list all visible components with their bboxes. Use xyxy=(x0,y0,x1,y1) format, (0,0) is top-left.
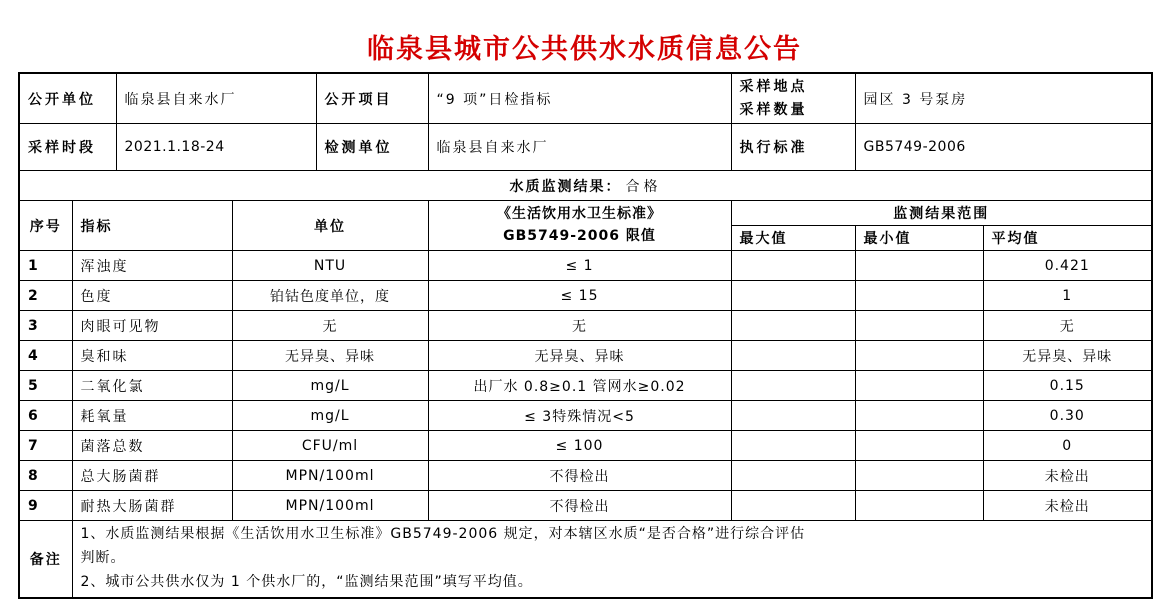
limit-cell: ≤ 15 xyxy=(428,281,731,311)
row-no-cell: 8 xyxy=(19,461,72,491)
col-header-unit: 单位 xyxy=(232,201,428,251)
avg-cell: 无异臭、异味 xyxy=(983,341,1152,371)
publish-unit-value: 临泉县自来水厂 xyxy=(116,73,316,123)
indicator-cell: 菌落总数 xyxy=(72,431,232,461)
table-row: 5 二氧化氯 mg/L 出厂水 0.8≥0.1 管网水≥0.02 0.15 xyxy=(19,371,1152,401)
unit-cell: MPN/100ml xyxy=(232,491,428,521)
max-cell xyxy=(731,431,855,461)
page-title: 临泉县城市公共供水水质信息公告 xyxy=(0,34,1169,66)
max-cell xyxy=(731,491,855,521)
min-cell xyxy=(855,371,983,401)
row-no-cell: 4 xyxy=(19,341,72,371)
indicator-cell: 二氧化氯 xyxy=(72,371,232,401)
table-row: 1 浑浊度 NTU ≤ 1 0.421 xyxy=(19,251,1152,281)
row-no-cell: 9 xyxy=(19,491,72,521)
min-cell xyxy=(855,431,983,461)
avg-cell: 无 xyxy=(983,311,1152,341)
row-no-cell: 3 xyxy=(19,311,72,341)
sampling-period-value: 2021.1.18-24 xyxy=(116,124,316,171)
testing-unit-value: 临泉县自来水厂 xyxy=(428,124,731,171)
table-row: 4 臭和味 无异臭、异味 无异臭、异味 无异臭、异味 xyxy=(19,341,1152,371)
monitoring-result-label: 水质监测结果： xyxy=(510,179,622,195)
col-header-range: 监测结果范围 xyxy=(731,201,1152,226)
col-header-no: 序号 xyxy=(19,201,72,251)
avg-cell: 0 xyxy=(983,431,1152,461)
table-row: 3 肉眼可见物 无 无 无 xyxy=(19,311,1152,341)
unit-cell: 无异臭、异味 xyxy=(232,341,428,371)
indicator-cell: 肉眼可见物 xyxy=(72,311,232,341)
unit-cell: 铂钴色度单位，度 xyxy=(232,281,428,311)
publish-unit-label: 公开单位 xyxy=(19,73,116,123)
table-row: 9 耐热大肠菌群 MPN/100ml 不得检出 未检出 xyxy=(19,491,1152,521)
unit-cell: mg/L xyxy=(232,371,428,401)
remark-note-1: 1、水质监测结果根据《生活饮用水卫生标准》GB5749-2006 规定，对本辖区… xyxy=(81,523,1144,571)
sampling-period-label: 采样时段 xyxy=(19,124,116,171)
limit-cell: 不得检出 xyxy=(428,491,731,521)
testing-unit-label: 检测单位 xyxy=(316,124,428,171)
sampling-site-label: 采样地点 采样数量 xyxy=(731,73,855,123)
unit-cell: mg/L xyxy=(232,401,428,431)
limit-cell: 无异臭、异味 xyxy=(428,341,731,371)
indicator-cell: 臭和味 xyxy=(72,341,232,371)
limit-cell: 不得检出 xyxy=(428,461,731,491)
table-header-row: 序号 指标 单位 《生活饮用水卫生标准》 GB5749-2006 限值 监测结果… xyxy=(19,201,1152,226)
remark-row: 备注 1、水质监测结果根据《生活饮用水卫生标准》GB5749-2006 规定，对… xyxy=(19,521,1152,598)
max-cell xyxy=(731,341,855,371)
min-cell xyxy=(855,461,983,491)
table-row: 8 总大肠菌群 MPN/100ml 不得检出 未检出 xyxy=(19,461,1152,491)
row-no-cell: 5 xyxy=(19,371,72,401)
unit-cell: 无 xyxy=(232,311,428,341)
col-header-min: 最小值 xyxy=(855,226,983,251)
table-row: 2 色度 铂钴色度单位，度 ≤ 15 1 xyxy=(19,281,1152,311)
monitoring-result-cell: 水质监测结果：合格 xyxy=(19,171,1152,201)
min-cell xyxy=(855,491,983,521)
row-no-cell: 2 xyxy=(19,281,72,311)
avg-cell: 未检出 xyxy=(983,491,1152,521)
indicator-cell: 色度 xyxy=(72,281,232,311)
publish-item-label: 公开项目 xyxy=(316,73,428,123)
unit-cell: MPN/100ml xyxy=(232,461,428,491)
result-row: 水质监测结果：合格 xyxy=(19,171,1152,201)
col-header-indicator: 指标 xyxy=(72,201,232,251)
indicator-cell: 总大肠菌群 xyxy=(72,461,232,491)
max-cell xyxy=(731,251,855,281)
remark-label: 备注 xyxy=(19,521,72,598)
min-cell xyxy=(855,311,983,341)
col-header-limit: 《生活饮用水卫生标准》 GB5749-2006 限值 xyxy=(428,201,731,251)
info-row: 采样时段 2021.1.18-24 检测单位 临泉县自来水厂 执行标准 GB57… xyxy=(19,124,1152,171)
info-row: 公开单位 临泉县自来水厂 公开项目 “9 项”日检指标 采样地点 采样数量 园区… xyxy=(19,73,1152,123)
limit-cell: 出厂水 0.8≥0.1 管网水≥0.02 xyxy=(428,371,731,401)
indicator-cell: 耗氧量 xyxy=(72,401,232,431)
remark-notes: 1、水质监测结果根据《生活饮用水卫生标准》GB5749-2006 规定，对本辖区… xyxy=(72,521,1152,598)
indicator-cell: 浑浊度 xyxy=(72,251,232,281)
min-cell xyxy=(855,251,983,281)
avg-cell: 0.421 xyxy=(983,251,1152,281)
avg-cell: 0.30 xyxy=(983,401,1152,431)
table-row: 6 耗氧量 mg/L ≤ 3特殊情况<5 0.30 xyxy=(19,401,1152,431)
standard-value: GB5749-2006 xyxy=(855,124,1152,171)
min-cell xyxy=(855,281,983,311)
limit-cell: ≤ 1 xyxy=(428,251,731,281)
water-quality-table: 公开单位 临泉县自来水厂 公开项目 “9 项”日检指标 采样地点 采样数量 园区… xyxy=(18,72,1153,598)
col-header-avg: 平均值 xyxy=(983,226,1152,251)
standard-label: 执行标准 xyxy=(731,124,855,171)
row-no-cell: 1 xyxy=(19,251,72,281)
limit-cell: ≤ 100 xyxy=(428,431,731,461)
avg-cell: 未检出 xyxy=(983,461,1152,491)
unit-cell: CFU/ml xyxy=(232,431,428,461)
max-cell xyxy=(731,281,855,311)
limit-cell: 无 xyxy=(428,311,731,341)
max-cell xyxy=(731,371,855,401)
monitoring-result-value: 合格 xyxy=(626,179,662,195)
remark-note-2: 2、城市公共供水仅为 1 个供水厂的，“监测结果范围”填写平均值。 xyxy=(81,571,1144,595)
avg-cell: 1 xyxy=(983,281,1152,311)
sampling-site-value: 园区 3 号泵房 xyxy=(855,73,1152,123)
min-cell xyxy=(855,341,983,371)
col-header-max: 最大值 xyxy=(731,226,855,251)
row-no-cell: 7 xyxy=(19,431,72,461)
table-row: 7 菌落总数 CFU/ml ≤ 100 0 xyxy=(19,431,1152,461)
max-cell xyxy=(731,401,855,431)
unit-cell: NTU xyxy=(232,251,428,281)
min-cell xyxy=(855,401,983,431)
publish-item-value: “9 项”日检指标 xyxy=(428,73,731,123)
max-cell xyxy=(731,461,855,491)
limit-cell: ≤ 3特殊情况<5 xyxy=(428,401,731,431)
indicator-cell: 耐热大肠菌群 xyxy=(72,491,232,521)
row-no-cell: 6 xyxy=(19,401,72,431)
avg-cell: 0.15 xyxy=(983,371,1152,401)
max-cell xyxy=(731,311,855,341)
